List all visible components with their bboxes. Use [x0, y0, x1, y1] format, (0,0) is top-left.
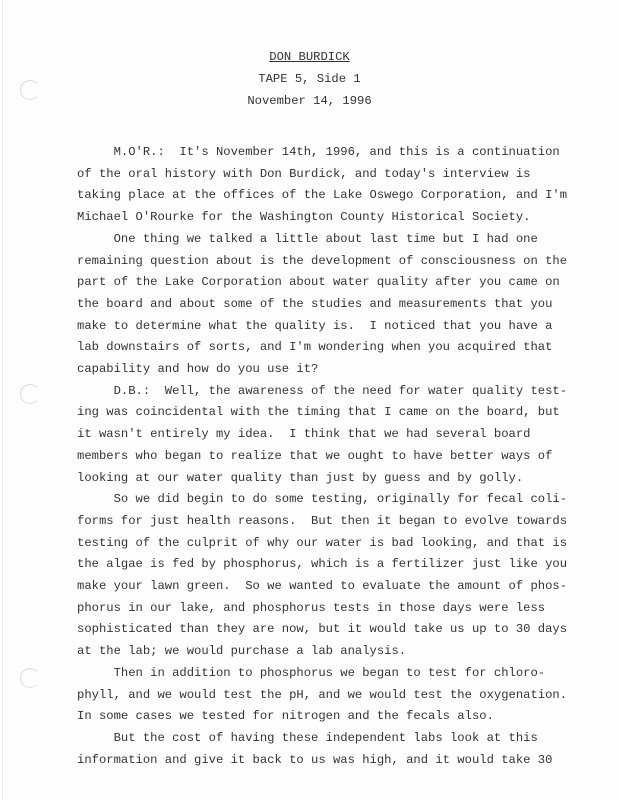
text-line: it wasn't entirely my idea. I think that…	[77, 427, 530, 441]
text-line: of the oral history with Don Burdick, an…	[77, 167, 530, 181]
text-line: phorus in our lake, and phosphorus tests…	[77, 601, 545, 615]
text-line: D.B.: Well, the awareness of the need fo…	[77, 384, 567, 398]
text-line: taking place at the offices of the Lake …	[77, 188, 567, 202]
text-line: Then in addition to phosphorus we began …	[77, 666, 545, 680]
text-line: capability and how do you use it?	[77, 362, 318, 376]
text-line: information and give it back to us was h…	[77, 753, 552, 767]
tape-label: TAPE 5, Side 1	[0, 72, 619, 86]
text-line: make your lawn green. So we wanted to ev…	[77, 579, 567, 593]
text-line: make to determine what the quality is. I…	[77, 319, 552, 333]
text-line: testing of the culprit of why our water …	[77, 536, 567, 550]
text-line: Michael O'Rourke for the Washington Coun…	[77, 210, 530, 224]
text-line: So we did begin to do some testing, orig…	[77, 492, 567, 506]
text-line: ing was coincidental with the timing tha…	[77, 405, 560, 419]
text-line: In some cases we tested for nitrogen and…	[77, 709, 494, 723]
text-line: forms for just health reasons. But then …	[77, 514, 567, 528]
interviewee-name: DON BURDICK	[0, 50, 619, 64]
text-line: sophisticated than they are now, but it …	[77, 622, 567, 636]
text-line: remaining question about is the developm…	[77, 254, 567, 268]
text-line: But the cost of having these independent…	[77, 731, 538, 745]
punch-hole-icon	[20, 384, 40, 404]
document-page: DON BURDICK TAPE 5, Side 1 November 14, …	[0, 0, 619, 800]
text-line: the algae is fed by phosphorus, which is…	[77, 557, 567, 571]
page-edge	[2, 0, 3, 800]
interview-date: November 14, 1996	[0, 94, 619, 108]
text-line: the board and about some of the studies …	[77, 297, 552, 311]
text-line: looking at our water quality than just b…	[77, 471, 523, 485]
text-line: part of the Lake Corporation about water…	[77, 275, 560, 289]
punch-hole-icon	[20, 668, 40, 688]
text-line: at the lab; we would purchase a lab anal…	[77, 644, 406, 658]
text-line: members who began to realize that we oug…	[77, 449, 552, 463]
text-line: M.O'R.: It's November 14th, 1996, and th…	[77, 145, 560, 159]
text-line: One thing we talked a little about last …	[77, 232, 538, 246]
text-line: lab downstairs of sorts, and I'm wonderi…	[77, 340, 552, 354]
text-line: phyll, and we would test the pH, and we …	[77, 688, 567, 702]
